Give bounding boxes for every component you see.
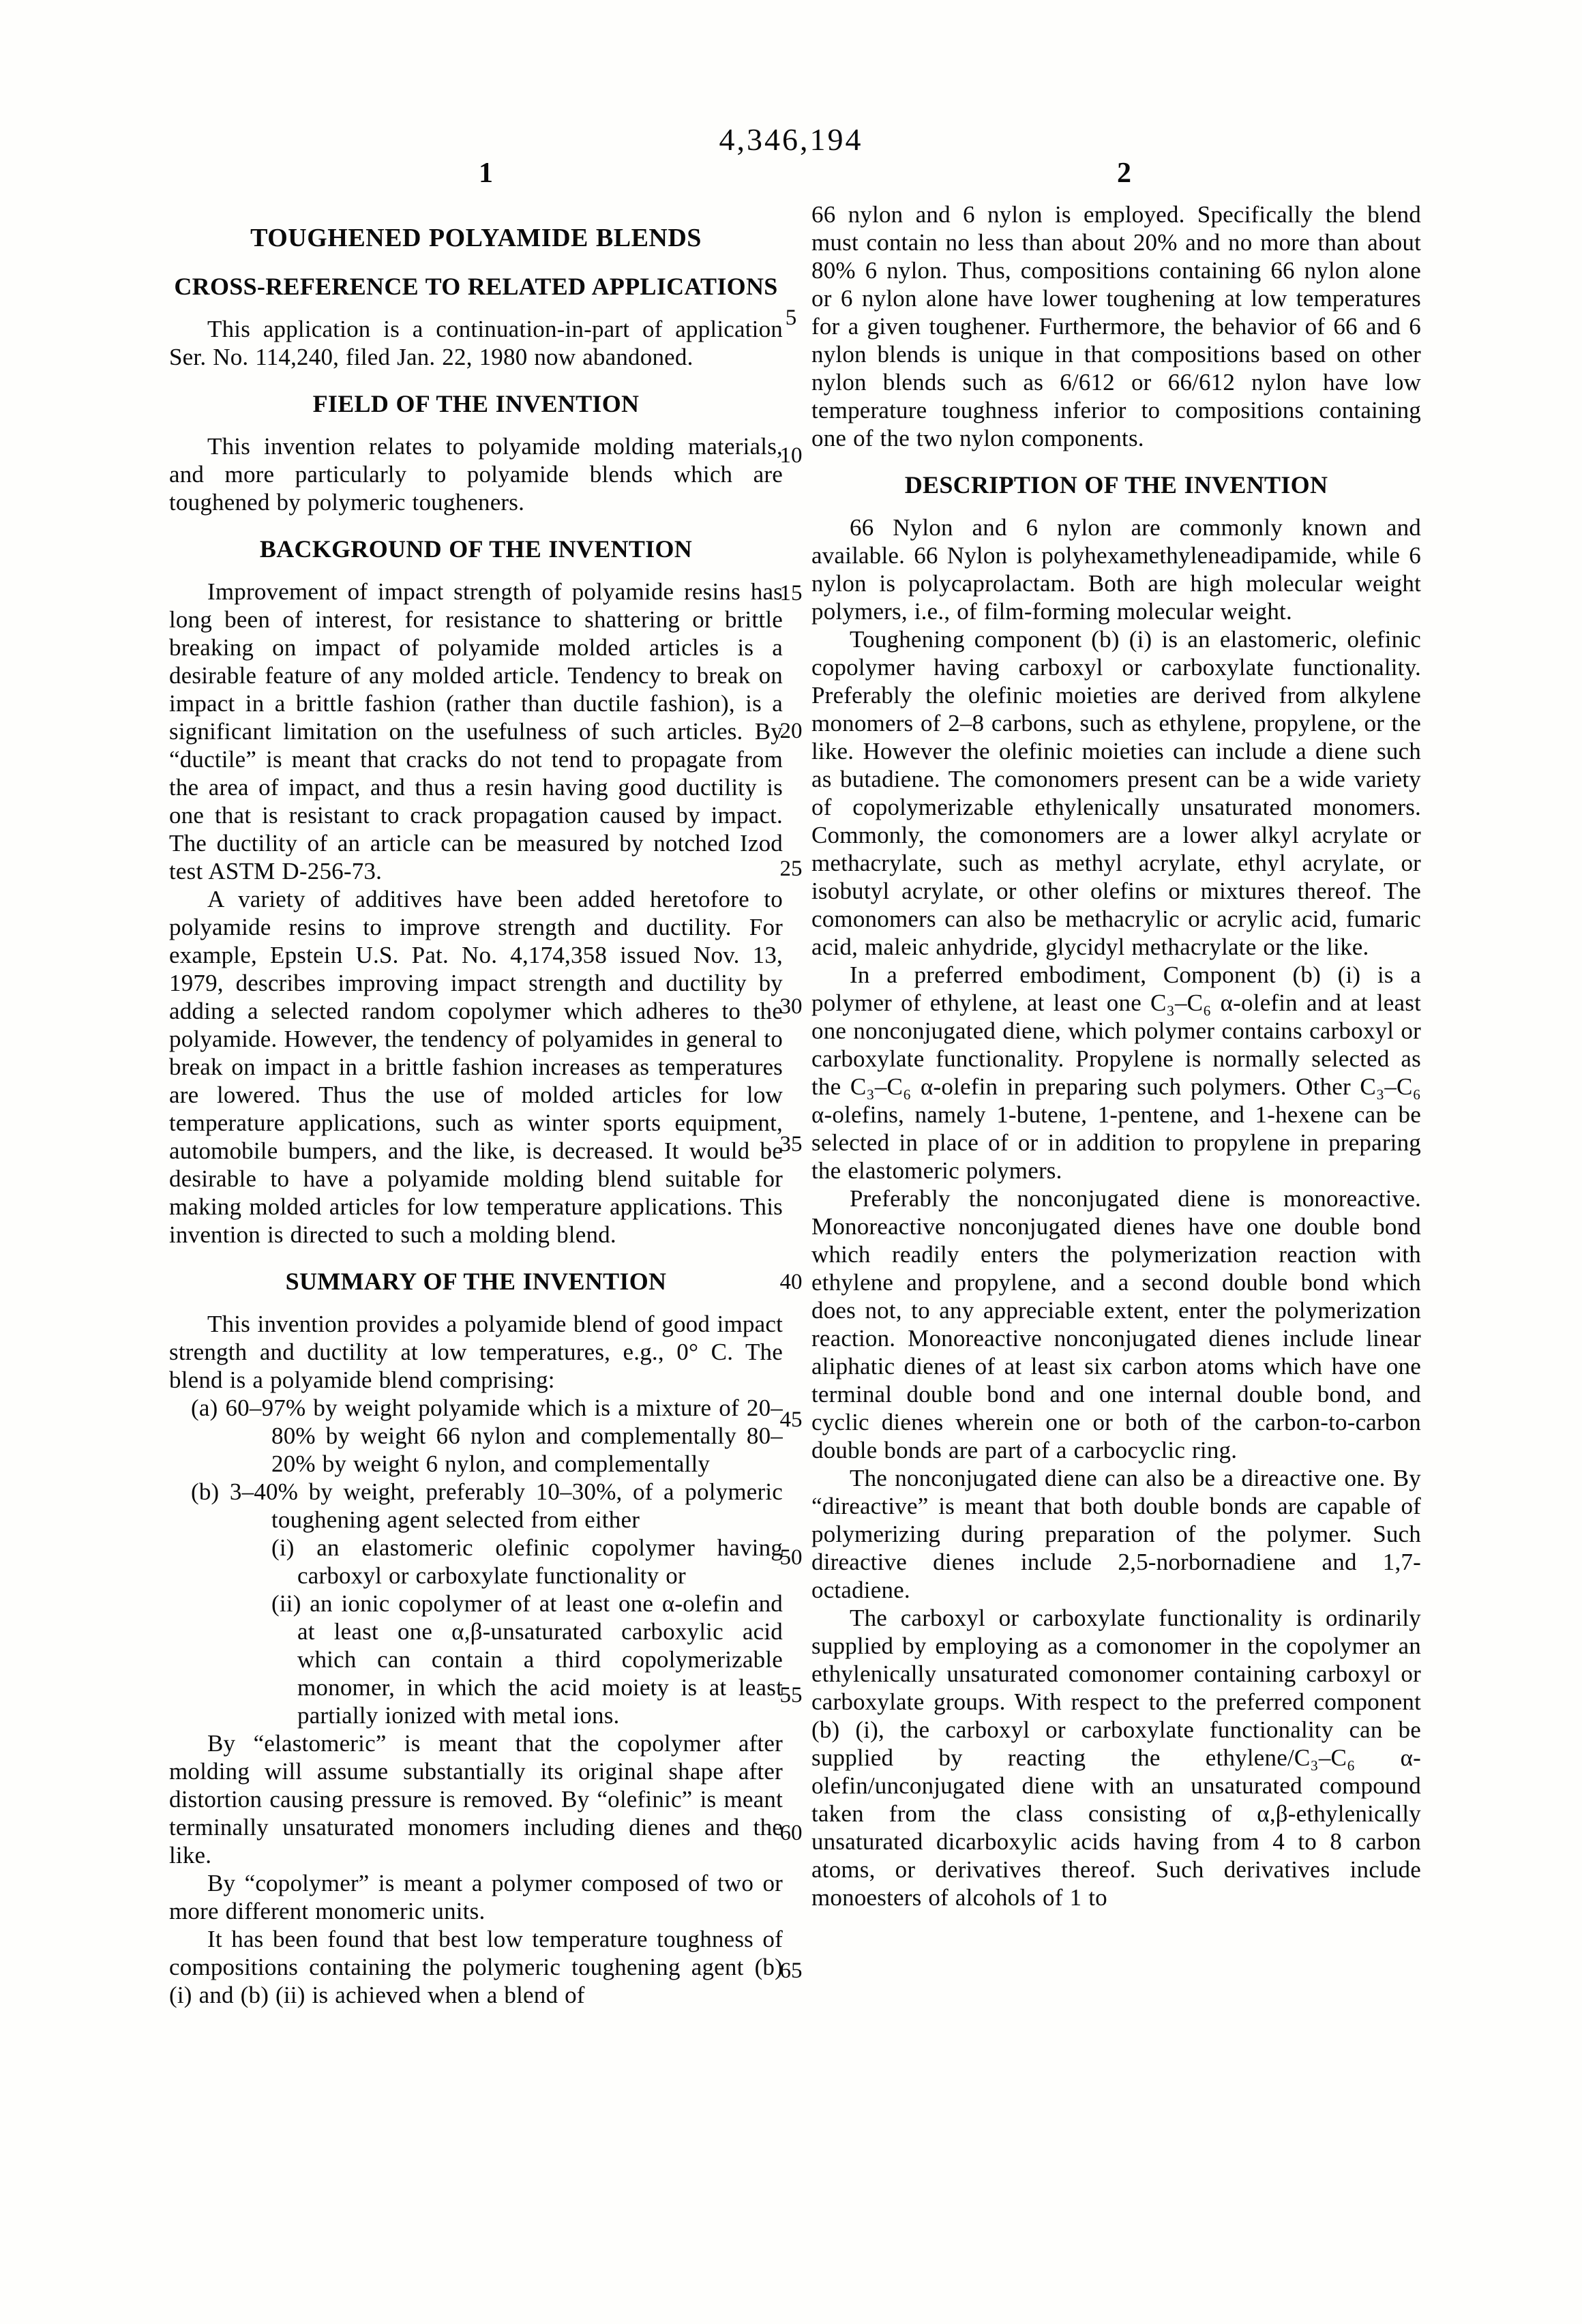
para-definition-elastomeric: By “elastomeric” is meant that the copol… (169, 1729, 783, 1869)
claim-item-b-i: (i) an elastomeric olefinic copolymer ha… (169, 1534, 783, 1590)
column-page-number-2: 2 (1117, 157, 1131, 190)
para-carboxyl-functionality: The carboxyl or carboxylate functionalit… (811, 1604, 1421, 1911)
para-direactive-diene: The nonconjugated diene can also be a di… (811, 1464, 1421, 1604)
para-preferred-embodiment: In a preferred embodiment, Component (b)… (811, 961, 1421, 1185)
para-field-of-invention: This invention relates to polyamide mold… (169, 432, 783, 516)
heading-description: DESCRIPTION OF THE INVENTION (811, 470, 1421, 500)
invention-title: TOUGHENED POLYAMIDE BLENDS (169, 222, 783, 254)
left-column: TOUGHENED POLYAMIDE BLENDSCROSS-REFERENC… (169, 205, 783, 2009)
para-nylon-description: 66 Nylon and 6 nylon are commonly known … (811, 513, 1421, 625)
para-application-history: This application is a continuation-in-pa… (169, 315, 783, 371)
heading-field-of-invention: FIELD OF THE INVENTION (169, 389, 783, 419)
para-definition-copolymer: By “copolymer” is meant a polymer compos… (169, 1869, 783, 1925)
claim-item-b: (b) 3–40% by weight, preferably 10–30%, … (169, 1478, 783, 1534)
para-toughening-component: Toughening component (b) (i) is an elast… (811, 625, 1421, 961)
claim-item-b-ii: (ii) an ionic copolymer of at least one … (169, 1590, 783, 1729)
para-monoreactive-diene: Preferably the nonconjugated diene is mo… (811, 1185, 1421, 1464)
para-best-toughness: It has been found that best low temperat… (169, 1925, 783, 2009)
claim-item-a: (a) 60–97% by weight polyamide which is … (169, 1394, 783, 1478)
para-background-2: A variety of additives have been added h… (169, 885, 783, 1249)
column-page-number-1: 1 (479, 157, 493, 190)
right-column: 66 nylon and 6 nylon is employed. Specif… (811, 200, 1421, 1911)
para-background-1: Improvement of impact strength of polyam… (169, 578, 783, 885)
para-blend-ratio: 66 nylon and 6 nylon is employed. Specif… (811, 200, 1421, 452)
heading-background: BACKGROUND OF THE INVENTION (169, 534, 783, 564)
heading-summary: SUMMARY OF THE INVENTION (169, 1266, 783, 1296)
patent-page: 4,346,194 1 2 5101520253035404550556065 … (0, 0, 1582, 2324)
heading-cross-reference: CROSS-REFERENCE TO RELATED APPLICATIONS (169, 271, 783, 301)
para-summary-intro: This invention provides a polyamide blen… (169, 1310, 783, 1394)
